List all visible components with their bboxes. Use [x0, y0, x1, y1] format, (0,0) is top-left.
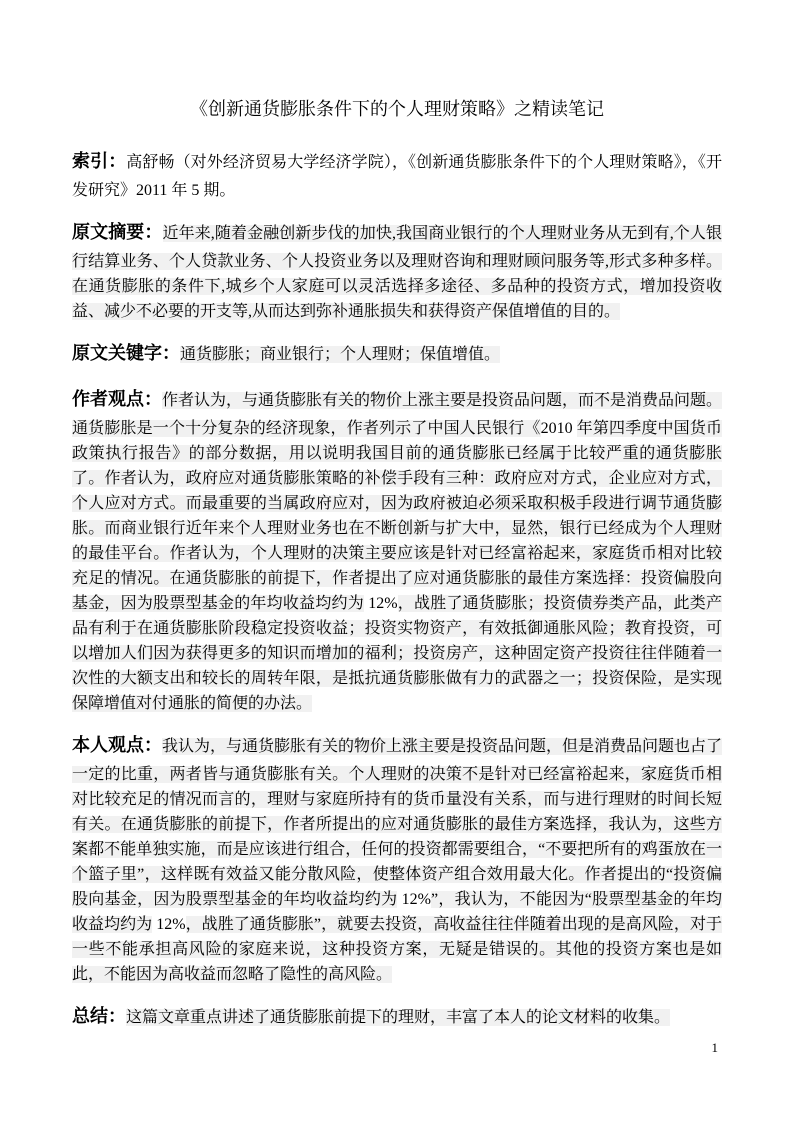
paragraph-author-view-label: 作者观点： — [72, 389, 162, 409]
paragraph-my-view-label: 本人观点： — [72, 735, 162, 755]
paragraph-abstract-text: 近年来,随着金融创新步伐的加快,我国商业银行的个人理财业务从无到有,个人银行结算… — [72, 225, 722, 320]
text-run: 12% — [364, 595, 398, 612]
paragraph-keywords-text: 通货膨胀；商业银行；个人理财；保值增值。 — [180, 346, 500, 363]
paragraph-my-view: 本人观点：我认为，与通货膨胀有关的物价上涨主要是投资品问题，但是消费品问题也占了… — [72, 729, 722, 987]
paragraph-index-text: 高舒畅（对外经济贸易大学经济学院），《创新通货膨胀条件下的个人理财策略》，《开发… — [72, 154, 722, 199]
paragraph-keywords-label: 原文关键字： — [72, 343, 180, 363]
paragraph-keywords: 原文关键字：通货膨胀；商业银行；个人理财；保值增值。 — [72, 337, 722, 370]
highlighted-text-run: 我认为，与通货膨胀有关的物价上涨主要是投资品问题，但是消费品问题也占了一定的比重… — [72, 738, 722, 908]
paragraph-summary: 总结：这篇文章重点讲述了通货膨胀前提下的理财，丰富了本人的论文材料的收集。 — [72, 1000, 722, 1033]
text-run: 12% — [397, 891, 431, 908]
paragraph-abstract-label: 原文摘要： — [72, 222, 163, 242]
highlighted-text-run: ，战胜了通货膨胀；投资债券类产品，此类产品有利于在通货膨胀阶段稳定投资收益；投资… — [72, 595, 722, 712]
document-title: 《创新通货膨胀条件下的个人理财策略》之精读笔记 — [72, 95, 722, 123]
document-page: 《创新通货膨胀条件下的个人理财策略》之精读笔记 索引：高舒畅（对外经济贸易大学经… — [0, 0, 794, 1123]
highlighted-text-run: 近年来,随着金融创新步伐的加快,我国商业银行的个人理财业务从无到有,个人银行结算… — [72, 225, 722, 320]
page-number: 1 — [712, 1040, 719, 1056]
paragraph-summary-label: 总结： — [72, 1006, 126, 1026]
highlighted-text-run: 年第四季度中国货币政策执行报告》的部分数据，用以说明我国目前的通货膨胀已经属于比… — [72, 420, 722, 612]
paragraph-summary-text: 这篇文章重点讲述了通货膨胀前提下的理财，丰富了本人的论文材料的收集。 — [126, 1009, 670, 1026]
text-run: 2010 — [541, 420, 577, 437]
paragraph-author-view: 作者观点：作者认为，与通货膨胀有关的物价上涨主要是投资品问题，而不是消费品问题。… — [72, 383, 722, 716]
paragraph-author-view-text: 作者认为，与通货膨胀有关的物价上涨主要是投资品问题，而不是消费品问题。通货膨胀是… — [72, 392, 722, 712]
paragraph-abstract: 原文摘要：近年来,随着金融创新步伐的加快,我国商业银行的个人理财业务从无到有,个… — [72, 216, 722, 324]
text-run: 高舒畅（对外经济贸易大学经济学院），《创新通货膨胀条件下的个人理财策略》，《开发… — [72, 154, 722, 199]
text-run: 12% — [152, 916, 185, 933]
highlighted-text-run: 通货膨胀；商业银行；个人理财；保值增值。 — [180, 346, 500, 363]
paragraph-index: 索引：高舒畅（对外经济贸易大学经济学院），《创新通货膨胀条件下的个人理财策略》，… — [72, 145, 722, 203]
paragraph-index-label: 索引： — [72, 151, 126, 171]
paragraph-my-view-text: 我认为，与通货膨胀有关的物价上涨主要是投资品问题，但是消费品问题也占了一定的比重… — [72, 738, 722, 983]
highlighted-text-run: 这篇文章重点讲述了通货膨胀前提下的理财，丰富了本人的论文材料的收集。 — [126, 1009, 670, 1026]
